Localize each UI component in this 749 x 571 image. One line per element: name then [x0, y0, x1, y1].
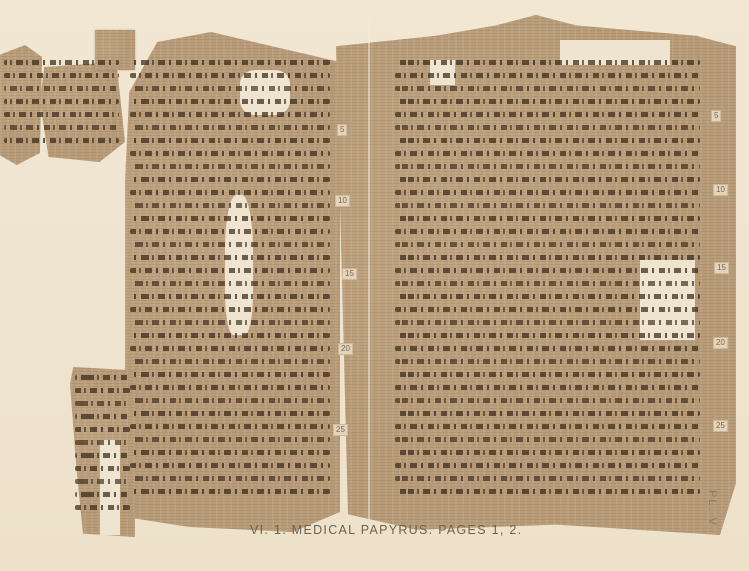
papyrus-plate: 5 10 15 20 25 5 10 15 20 25 VI. 1. MEDIC… [0, 0, 749, 571]
line-marker: 5 [711, 110, 721, 122]
hieratic-text-page-2 [395, 60, 700, 502]
line-marker: 15 [714, 262, 729, 274]
papyrus-seam [368, 20, 370, 520]
line-marker: 10 [335, 195, 350, 207]
hieratic-text-page-1 [130, 60, 330, 502]
line-marker: 20 [338, 343, 353, 355]
hieratic-text-lower-left [75, 375, 130, 518]
plate-number: PL. V [706, 490, 718, 527]
line-marker: 20 [713, 337, 728, 349]
line-marker: 25 [333, 424, 348, 436]
line-marker: 5 [337, 124, 347, 136]
line-marker: 15 [342, 268, 357, 280]
line-marker: 25 [713, 420, 728, 432]
line-marker: 10 [713, 184, 728, 196]
plate-caption: VI. 1. MEDICAL PAPYRUS. PAGES 1, 2. [250, 523, 522, 537]
hieratic-text-left [4, 60, 119, 151]
